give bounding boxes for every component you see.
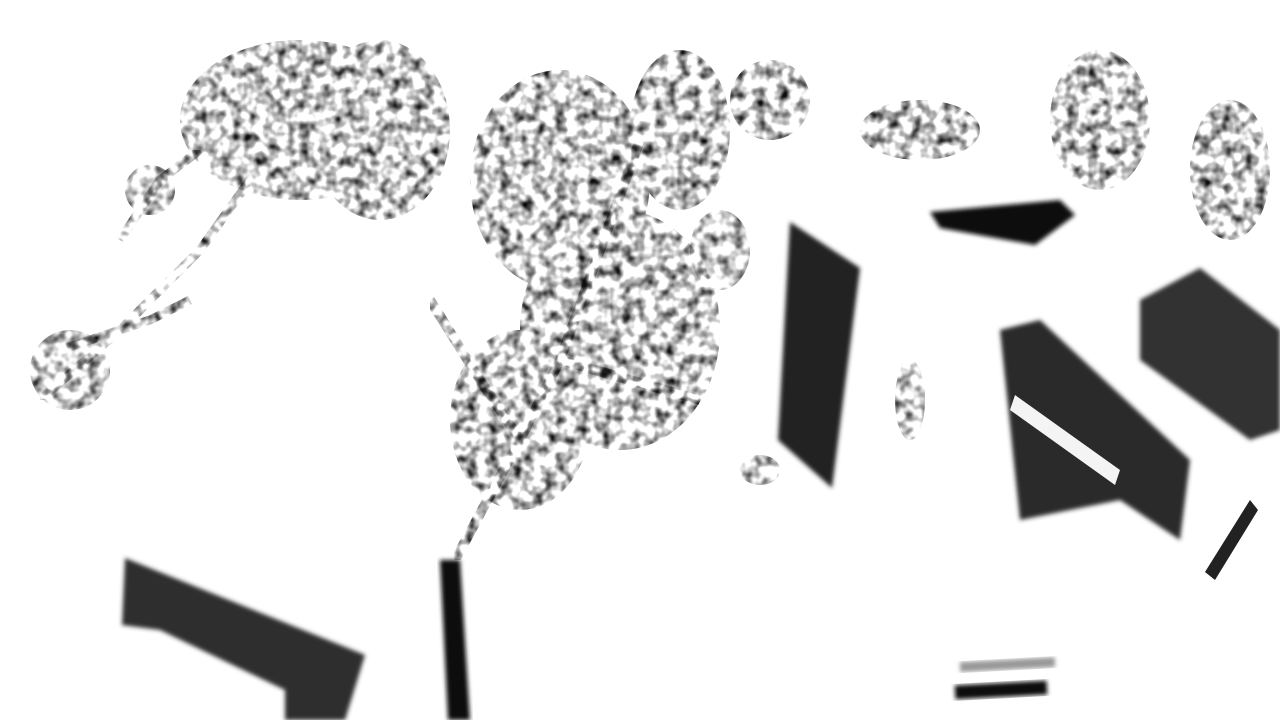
sign-lower-right <box>955 657 1055 699</box>
thresholded-photo <box>0 0 1280 720</box>
window-lower-left <box>122 558 365 720</box>
awning-right <box>930 200 1075 245</box>
tree-trunk <box>440 560 470 720</box>
window-dark-vertical <box>778 222 860 488</box>
drainpipe <box>1205 500 1258 580</box>
window-diagonal-right-upper <box>1140 268 1280 440</box>
photo-canvas: High-contrast black-and-white thresholde… <box>0 0 1280 720</box>
